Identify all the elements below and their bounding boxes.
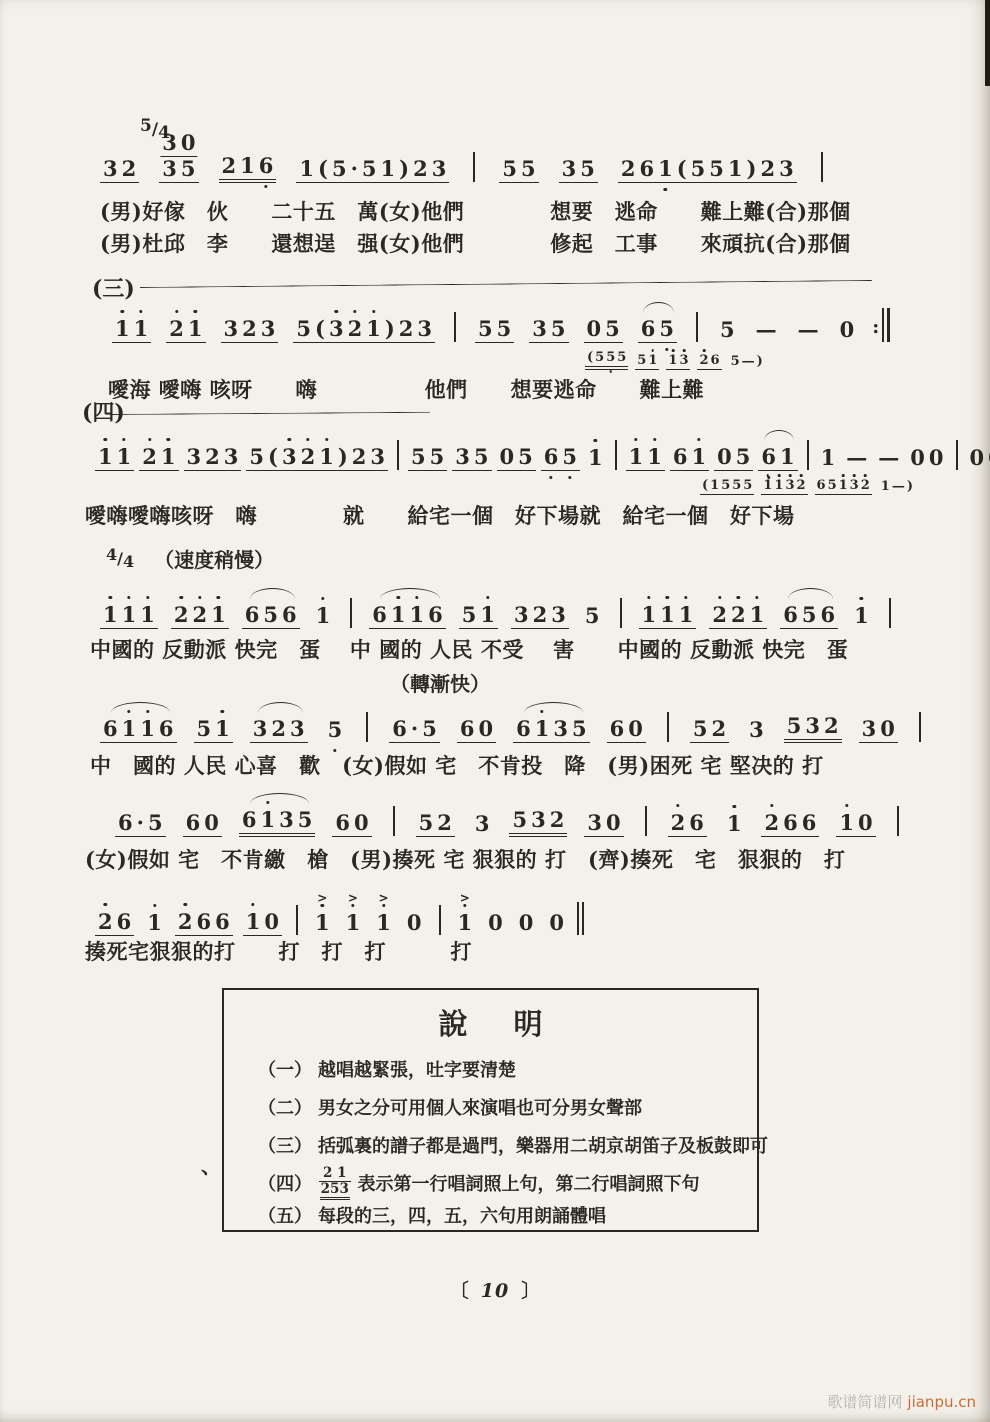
lyric-line-male-verse2: (男)杜邱 李 還想逞 强(女)他們 修起 工事 來頑抗(合)那個 <box>100 228 851 258</box>
note-group: 35 <box>452 444 491 471</box>
note: 5 <box>330 156 349 182</box>
note: ( <box>701 478 709 494</box>
octave-dot-high <box>198 596 201 599</box>
notes-box: 說明 （一） 越唱越緊張，吐字要清楚 （二） 男女之分可用個人來演唱也可分男女聲… <box>222 988 759 1232</box>
stacked-notes-top: 30 <box>160 130 197 157</box>
note-group: 60 <box>332 810 371 837</box>
note: 3 <box>512 602 531 628</box>
octave-dot-high <box>148 438 151 441</box>
scan-edge-mark <box>985 0 990 86</box>
note: 0 <box>179 130 198 156</box>
note: 3 <box>185 444 204 470</box>
note: 5 <box>827 478 838 494</box>
note: — <box>844 445 869 471</box>
note: ( <box>586 350 594 366</box>
octave-dot-high <box>845 804 848 807</box>
phrase-slur-line <box>140 280 872 288</box>
time-sig-numerator: 4 <box>106 545 117 564</box>
octave-dot-high <box>732 805 735 808</box>
note: 0 <box>878 716 897 742</box>
note: 1 <box>647 353 658 369</box>
note: 1 <box>213 716 232 742</box>
note-group: 5(321)23 <box>246 444 388 471</box>
note: 3 <box>777 156 796 182</box>
note: 0 <box>498 444 517 470</box>
notice-item-text: 越唱越緊張，吐字要清楚 <box>318 1056 516 1082</box>
octave-dot-high <box>486 596 489 599</box>
note: 1 <box>658 602 677 628</box>
note: 1 <box>819 445 838 471</box>
note: 5 <box>516 444 535 470</box>
note: 0 <box>908 445 927 471</box>
note: 6 <box>280 602 299 628</box>
note-group: 323 <box>221 316 279 343</box>
note-group: 55 <box>408 444 447 471</box>
note-group: 656 <box>242 602 300 629</box>
page-number-bracket-open: 〔 <box>450 1280 469 1302</box>
octave-dot-high <box>767 474 770 477</box>
octave-dot-high <box>127 710 130 713</box>
note: 3 <box>160 130 179 156</box>
fraction-numerator: 2 1 <box>319 1166 351 1182</box>
note: 5 <box>296 807 315 833</box>
octave-dot-high <box>266 801 269 804</box>
note: 3 <box>551 716 570 742</box>
note-group: 26 <box>95 909 134 936</box>
note: 0 <box>715 444 734 470</box>
note: 2 <box>96 909 115 935</box>
note: 5 <box>519 156 538 182</box>
note: 2 <box>709 716 728 742</box>
note: — <box>891 479 906 495</box>
octave-dot-high <box>672 349 675 352</box>
octave-dot-high <box>684 596 687 599</box>
octave-dot-high <box>718 596 721 599</box>
note: 5 <box>472 444 491 470</box>
note: 1 <box>645 444 664 470</box>
note-group: 21 <box>139 444 178 471</box>
note-group: 1 <box>144 910 165 936</box>
note: 1 <box>186 316 205 342</box>
notes-box-title: 說明 <box>224 1002 757 1043</box>
note: 1 <box>709 478 720 494</box>
note: 1 <box>314 603 333 629</box>
note: 6 <box>819 602 838 628</box>
note: 6 <box>639 316 658 342</box>
note-group: — <box>753 317 780 343</box>
note: 6 <box>240 807 259 833</box>
note: 1 <box>209 602 228 628</box>
octave-dot-high <box>153 904 156 907</box>
note: 1 <box>838 478 849 494</box>
note: 3 <box>288 716 307 742</box>
octave-dot-low <box>264 185 267 188</box>
octave-dot-high <box>396 596 399 599</box>
section-label-3: (三) <box>92 272 135 303</box>
note-group: 0 <box>404 910 425 936</box>
octave-dot-high <box>853 474 856 477</box>
note-group: 6·5 <box>389 716 440 743</box>
note-group: 5 <box>717 317 738 343</box>
note-group: 13 <box>666 353 690 370</box>
time-sig-numerator: 5 <box>140 116 152 136</box>
note-group: 6135 <box>239 807 316 837</box>
note: 3 <box>549 602 568 628</box>
note: 1 <box>364 316 383 342</box>
watermark-site-url: jianpu.cn <box>907 1393 976 1411</box>
note: 0 <box>547 910 566 936</box>
note-group: 05 <box>714 444 753 471</box>
octave-dot-high <box>594 439 597 442</box>
note-group: 26 <box>697 353 721 370</box>
note: 2 <box>729 602 748 628</box>
note: 0 <box>202 810 221 836</box>
note: 1 <box>837 810 856 836</box>
note: 0 <box>476 716 495 742</box>
note: 2 <box>120 156 139 182</box>
note: 3 <box>222 444 241 470</box>
note: 2 <box>240 316 259 342</box>
note: 6 <box>542 444 561 470</box>
note: 3 <box>803 713 822 739</box>
notice-item-text: 男女之分可用個人來演唱也可分男女聲部 <box>318 1094 642 1120</box>
note-group: 3 <box>746 717 767 743</box>
octave-dot-high <box>703 349 706 352</box>
note-group: 221 <box>709 602 767 629</box>
note: 0 <box>262 909 281 935</box>
note: 3 <box>560 156 579 182</box>
barline <box>439 905 441 935</box>
notation-fraction-example: 2 1 253 <box>319 1166 351 1200</box>
note-group: 1> <box>312 910 333 936</box>
notice-item-4: （四） 2 1 253 表示第一行唱詞照上句，第二行唱詞照下句 <box>258 1166 749 1200</box>
note: 0 <box>927 445 946 471</box>
octave-dot-high <box>193 310 196 313</box>
barline <box>615 440 617 470</box>
note: ) <box>906 479 914 495</box>
note: 6 <box>157 716 176 742</box>
note: 2 <box>548 807 567 833</box>
octave-dot-high <box>179 596 182 599</box>
octave-dot-high <box>288 438 291 441</box>
note: 6 <box>116 810 135 836</box>
lyric-line-system5: 中國的 反動派 快完 蛋 中 國的 人民 不受 害 中國的 反動派 快完 蛋 <box>90 634 848 664</box>
note: · <box>135 810 146 836</box>
note-group: 323 <box>184 444 242 471</box>
note: 2 <box>346 316 365 342</box>
note: 2 <box>860 478 871 494</box>
note: 0 <box>604 810 623 836</box>
note: 5 <box>578 156 597 182</box>
barline <box>807 440 809 470</box>
notes-box-title-text: 說明 <box>438 1007 588 1041</box>
note: 2 <box>220 153 239 179</box>
octave-dot-high <box>321 597 324 600</box>
note: 0 <box>517 910 536 936</box>
note: 3 <box>280 444 299 470</box>
barline <box>366 712 368 742</box>
note: 2 <box>191 602 210 628</box>
note-group: 51 <box>459 602 498 629</box>
grace-notes-line-section3: (5555113265—) <box>585 350 765 370</box>
note: 1 <box>159 444 178 470</box>
octave-dot-high <box>864 474 867 477</box>
octave-dot-high <box>121 310 124 313</box>
note: 1> <box>456 910 475 936</box>
note: 3 <box>327 316 346 342</box>
note-group: 266 <box>761 810 819 837</box>
note: 6 <box>370 602 389 628</box>
note: 6 <box>333 810 352 836</box>
note: 5 <box>800 602 819 628</box>
note: 0 <box>856 810 875 836</box>
note: 5 <box>417 810 436 836</box>
octave-dot-high <box>697 438 700 441</box>
note: 1 <box>101 602 120 628</box>
note: 3 <box>259 316 278 342</box>
note: 1 <box>725 811 744 837</box>
note-line-system5: 111221656161165132351112216561 <box>100 598 895 629</box>
note: 1 <box>138 716 157 742</box>
final-barline <box>577 902 584 935</box>
note-group: 1 <box>313 603 334 629</box>
note: 1 <box>773 478 784 494</box>
note: 3 <box>473 811 492 837</box>
grace-notes-line-section4: (15551132651321—) <box>700 478 915 495</box>
octave-dot-high <box>789 474 792 477</box>
notice-item-number: （一） <box>258 1056 312 1082</box>
barline <box>296 905 298 935</box>
note: 1 <box>586 445 605 471</box>
octave-dot-high <box>127 596 130 599</box>
tempo-text: （速度稍慢） <box>154 544 274 573</box>
octave-dot-high <box>353 310 356 313</box>
note: 0 <box>405 910 424 936</box>
note: 0 <box>352 810 371 836</box>
note-group: 656 <box>780 602 838 629</box>
note-group: 111 <box>100 602 158 629</box>
note-group: 21 <box>166 316 205 343</box>
note: 1 <box>145 910 164 936</box>
note: 1 <box>297 156 316 182</box>
note: 1 <box>115 444 134 470</box>
note-group: 10 <box>243 909 282 936</box>
note: 0 <box>626 716 645 742</box>
note: 1 <box>778 444 797 470</box>
note: 5 <box>428 444 447 470</box>
note-group: — <box>875 445 902 471</box>
note-group: — <box>795 317 822 343</box>
note: ) <box>745 156 759 182</box>
octave-dot-low <box>549 476 552 479</box>
note: 3 <box>160 156 179 182</box>
note: 5 <box>583 603 602 629</box>
note: 1 <box>317 444 336 470</box>
note: 6 <box>710 353 721 369</box>
accent-mark: > <box>317 891 327 905</box>
note: 1 <box>113 316 132 342</box>
margin-mark: 、 <box>201 1150 221 1179</box>
octave-dot-high <box>139 310 142 313</box>
notice-item-2: （二） 男女之分可用個人來演唱也可分男女聲部 <box>258 1094 749 1120</box>
barline <box>882 308 884 342</box>
note: 3 <box>784 478 795 494</box>
lyric-line-system8: 揍死宅狠狠的打 打 打 打 打 <box>85 936 472 966</box>
barline <box>887 308 889 342</box>
note: 3 <box>277 807 296 833</box>
octave-dot-high <box>251 903 254 906</box>
note: ) <box>383 316 397 342</box>
tempo-marking: 4/4 （速度稍慢） <box>106 544 274 573</box>
note-group: (555 <box>585 350 628 370</box>
note-group: 5 <box>325 717 346 743</box>
octave-dot-high <box>104 438 107 441</box>
octave-dot-high <box>683 349 686 352</box>
note: 5 <box>500 156 519 182</box>
note: 5 <box>420 716 439 742</box>
note: 5 <box>742 478 753 494</box>
note-group: 1 <box>724 811 745 837</box>
note: 5 <box>731 478 742 494</box>
note: 6 <box>687 810 706 836</box>
section-label-4: (四) <box>82 396 125 427</box>
note: 5 <box>657 316 676 342</box>
note-group: 0 <box>485 910 506 936</box>
note-group: 55 <box>475 316 514 343</box>
note-group: 51 <box>635 353 659 370</box>
note-line-section3: 11213235(321)23553505655——0: <box>112 308 890 343</box>
note: 6 <box>213 909 232 935</box>
accent-mark: > <box>348 891 358 905</box>
note-group: 1 <box>585 445 606 471</box>
note: 0 <box>968 445 987 471</box>
note: 5 <box>549 316 568 342</box>
note: 3 <box>453 444 472 470</box>
note: ) <box>336 444 350 470</box>
octave-dot-high <box>647 596 650 599</box>
note: 2 <box>698 353 709 369</box>
note-group: 1—) <box>879 479 915 495</box>
note-line-section4: 11213235(321)23553505651116105611——0000 <box>95 437 990 471</box>
note-group: 60 <box>457 716 496 743</box>
note: 6 <box>243 602 262 628</box>
note: 5 <box>476 316 495 342</box>
repeat-dots: : <box>872 312 879 342</box>
note: 1 <box>389 602 408 628</box>
barline <box>473 152 475 182</box>
note-group: 11 <box>95 444 134 471</box>
note: 5 <box>360 156 379 182</box>
octave-dot-high <box>676 804 679 807</box>
note: 1 <box>852 603 871 629</box>
note-group: 00 <box>967 445 990 471</box>
note: 5 <box>720 478 731 494</box>
note: — <box>876 445 901 471</box>
lyric-line-system6: 中 國的 人民 心喜 歡 (女)假如 宅 不肯投 降 (男)困死 宅 堅决的 打 <box>90 750 824 780</box>
time-signature-4-4: 4/4 <box>106 549 134 568</box>
note: 0 <box>986 445 990 471</box>
octave-dot-high <box>372 310 375 313</box>
note: 5 <box>460 602 479 628</box>
note-group: 5(321)23 <box>293 316 435 343</box>
note: 1 <box>120 716 139 742</box>
note: 1 <box>96 444 115 470</box>
note: 2 <box>172 602 191 628</box>
note-group: 6116 <box>369 602 446 629</box>
note-line-system6: 61165132356·56061356052353230 <box>100 712 925 743</box>
note: 3 <box>678 353 689 369</box>
note: 3 <box>747 717 766 743</box>
note: 3 <box>251 716 270 742</box>
notice-item-1: （一） 越唱越緊張，吐字要清楚 <box>258 1056 749 1082</box>
note: 6 <box>759 444 778 470</box>
note: 5 <box>195 716 214 742</box>
barline <box>889 598 891 628</box>
note: 5 <box>616 350 627 366</box>
note: 1 <box>762 478 773 494</box>
note: 2 <box>762 810 781 836</box>
note: 5 <box>294 316 313 342</box>
note: 5 <box>560 444 579 470</box>
barline <box>397 440 399 470</box>
note: 1 <box>640 602 659 628</box>
note: 6 <box>781 602 800 628</box>
note-group: 6116 <box>100 716 177 743</box>
note-group: 3 <box>472 811 493 837</box>
note-group: 1132 <box>761 478 807 495</box>
note: 2 <box>167 316 186 342</box>
octave-dot-high <box>770 804 773 807</box>
barline <box>454 312 456 342</box>
note: 1> <box>344 910 363 936</box>
note: — <box>754 317 779 343</box>
note: 5 <box>179 156 198 182</box>
note: 1 <box>379 156 398 182</box>
octave-dot-high <box>306 438 309 441</box>
note-group: 6135 <box>513 716 590 743</box>
note: 1 <box>690 444 709 470</box>
note: 1 <box>120 602 139 628</box>
octave-dot-high <box>325 438 328 441</box>
note: 1 <box>244 909 263 935</box>
note: 6 <box>816 478 827 494</box>
octave-dot-high <box>860 597 863 600</box>
note: 3 <box>530 316 549 342</box>
note: ) <box>397 156 411 182</box>
sheet-music-page: 5/4 3230352161(5·51)235535261(551)23 (男)… <box>0 0 990 1422</box>
note: 0 <box>486 910 505 936</box>
note: 2 <box>669 810 688 836</box>
note: 2 <box>710 602 729 628</box>
note-group: 0 <box>837 317 858 343</box>
octave-dot-high <box>217 596 220 599</box>
note: 2 <box>203 444 222 470</box>
note: 3 <box>849 478 860 494</box>
note: 5 <box>707 156 726 182</box>
note: 1 <box>748 602 767 628</box>
note: · <box>349 156 360 182</box>
octave-dot-high <box>146 710 149 713</box>
note-group: 65 <box>541 444 580 471</box>
note: 1 <box>478 602 497 628</box>
note: 6 <box>781 810 800 836</box>
note-group: 1> <box>343 910 364 936</box>
fraction-denominator: 253 <box>320 1182 350 1200</box>
note: — <box>741 354 756 370</box>
barline <box>645 806 647 836</box>
note: · <box>409 716 420 742</box>
note: 1> <box>313 910 332 936</box>
